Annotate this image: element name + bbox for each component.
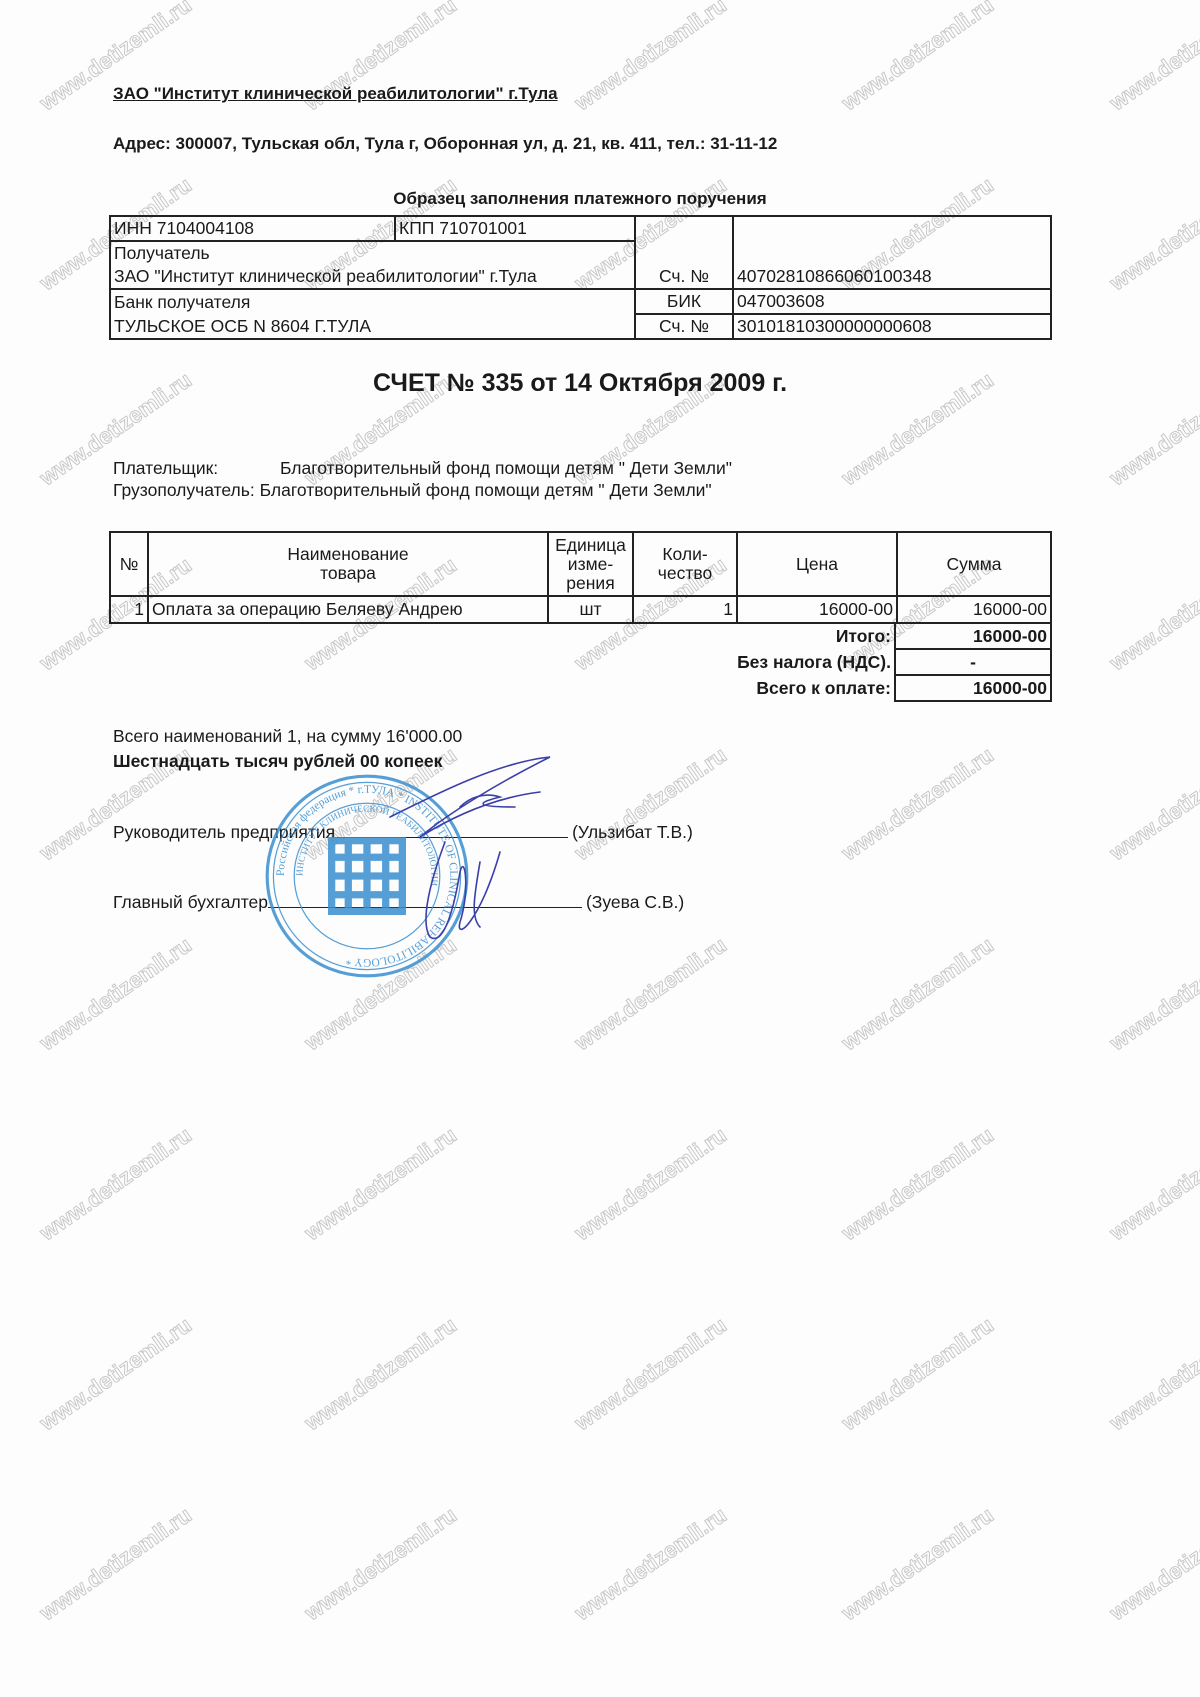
row-sum: 16000-00 xyxy=(897,596,1051,623)
bank-label: Банк получателя xyxy=(110,289,635,314)
vat-label: Без налога (НДС). xyxy=(109,649,895,675)
payer-label: Плательщик: xyxy=(113,457,280,479)
bank-details-table: ИНН 7104004108 КПП 710701001 Получатель … xyxy=(109,215,1052,340)
header-qty: Коли-чество xyxy=(633,532,737,596)
inn-cell: ИНН 7104004108 xyxy=(110,216,395,241)
due-value: 16000-00 xyxy=(895,675,1051,701)
due-label: Всего к оплате: xyxy=(109,675,895,701)
header-name: Наименованиетовара xyxy=(148,532,548,596)
invoice-document: ЗАО "Институт клинической реабилитологии… xyxy=(0,0,1200,1697)
bank-name: ТУЛЬСКОЕ ОСБ N 8604 Г.ТУЛА xyxy=(110,314,635,339)
row-price: 16000-00 xyxy=(737,596,897,623)
corr-account-label: Сч. № xyxy=(635,314,733,339)
account-label: Сч. № xyxy=(635,265,733,289)
consignee-label: Грузополучатель: xyxy=(113,480,255,500)
total-value: 16000-00 xyxy=(895,623,1051,649)
vat-value: - xyxy=(895,649,1051,675)
items-header-row: № Наименованиетовара Единицаизме-рения К… xyxy=(110,532,1051,596)
payer-name: Благотворительный фонд помощи детям " Де… xyxy=(280,458,732,478)
invoice-title: СЧЕТ № 335 от 14 Октября 2009 г. xyxy=(0,369,1160,398)
header-price: Цена xyxy=(737,532,897,596)
bik-value: 047003608 xyxy=(733,289,1051,314)
recipient-label: Получатель xyxy=(110,241,635,265)
totals-table: Итого: 16000-00 Без налога (НДС). - Всег… xyxy=(109,622,1052,702)
row-qty: 1 xyxy=(633,596,737,623)
table-row: 1 Оплата за операцию Беляеву Андрею шт 1… xyxy=(110,596,1051,623)
payer-block: Плательщик:Благотворительный фонд помощи… xyxy=(113,457,732,501)
organization-name: ЗАО "Институт клинической реабилитологии… xyxy=(113,84,558,104)
row-name: Оплата за операцию Беляеву Андрею xyxy=(148,596,548,623)
consignee-name: Благотворительный фонд помощи детям " Де… xyxy=(260,480,712,500)
account-number: 40702810866060100348 xyxy=(733,265,1051,289)
organization-address: Адрес: 300007, Тульская обл, Тула г, Обо… xyxy=(113,134,777,154)
row-unit: шт xyxy=(548,596,633,623)
accountant-name: (Зуева С.В.) xyxy=(586,892,684,912)
kpp-cell: КПП 710701001 xyxy=(395,216,635,241)
header-sum: Сумма xyxy=(897,532,1051,596)
accountant-label: Главный бухгалтер xyxy=(113,892,268,912)
items-count-line: Всего наименований 1, на сумму 16'000.00 xyxy=(113,724,462,749)
items-table: № Наименованиетовара Единицаизме-рения К… xyxy=(109,531,1052,624)
header-unit: Единицаизме-рения xyxy=(548,532,633,596)
bik-label: БИК xyxy=(635,289,733,314)
row-num: 1 xyxy=(110,596,148,623)
payment-sample-title: Образец заполнения платежного поручения xyxy=(0,189,1160,209)
recipient-name: ЗАО "Институт клинической реабилитологии… xyxy=(110,265,635,289)
header-num: № xyxy=(110,532,148,596)
total-label: Итого: xyxy=(109,623,895,649)
corr-account-number: 30101810300000000608 xyxy=(733,314,1051,339)
handwritten-signature-icon xyxy=(350,752,600,972)
